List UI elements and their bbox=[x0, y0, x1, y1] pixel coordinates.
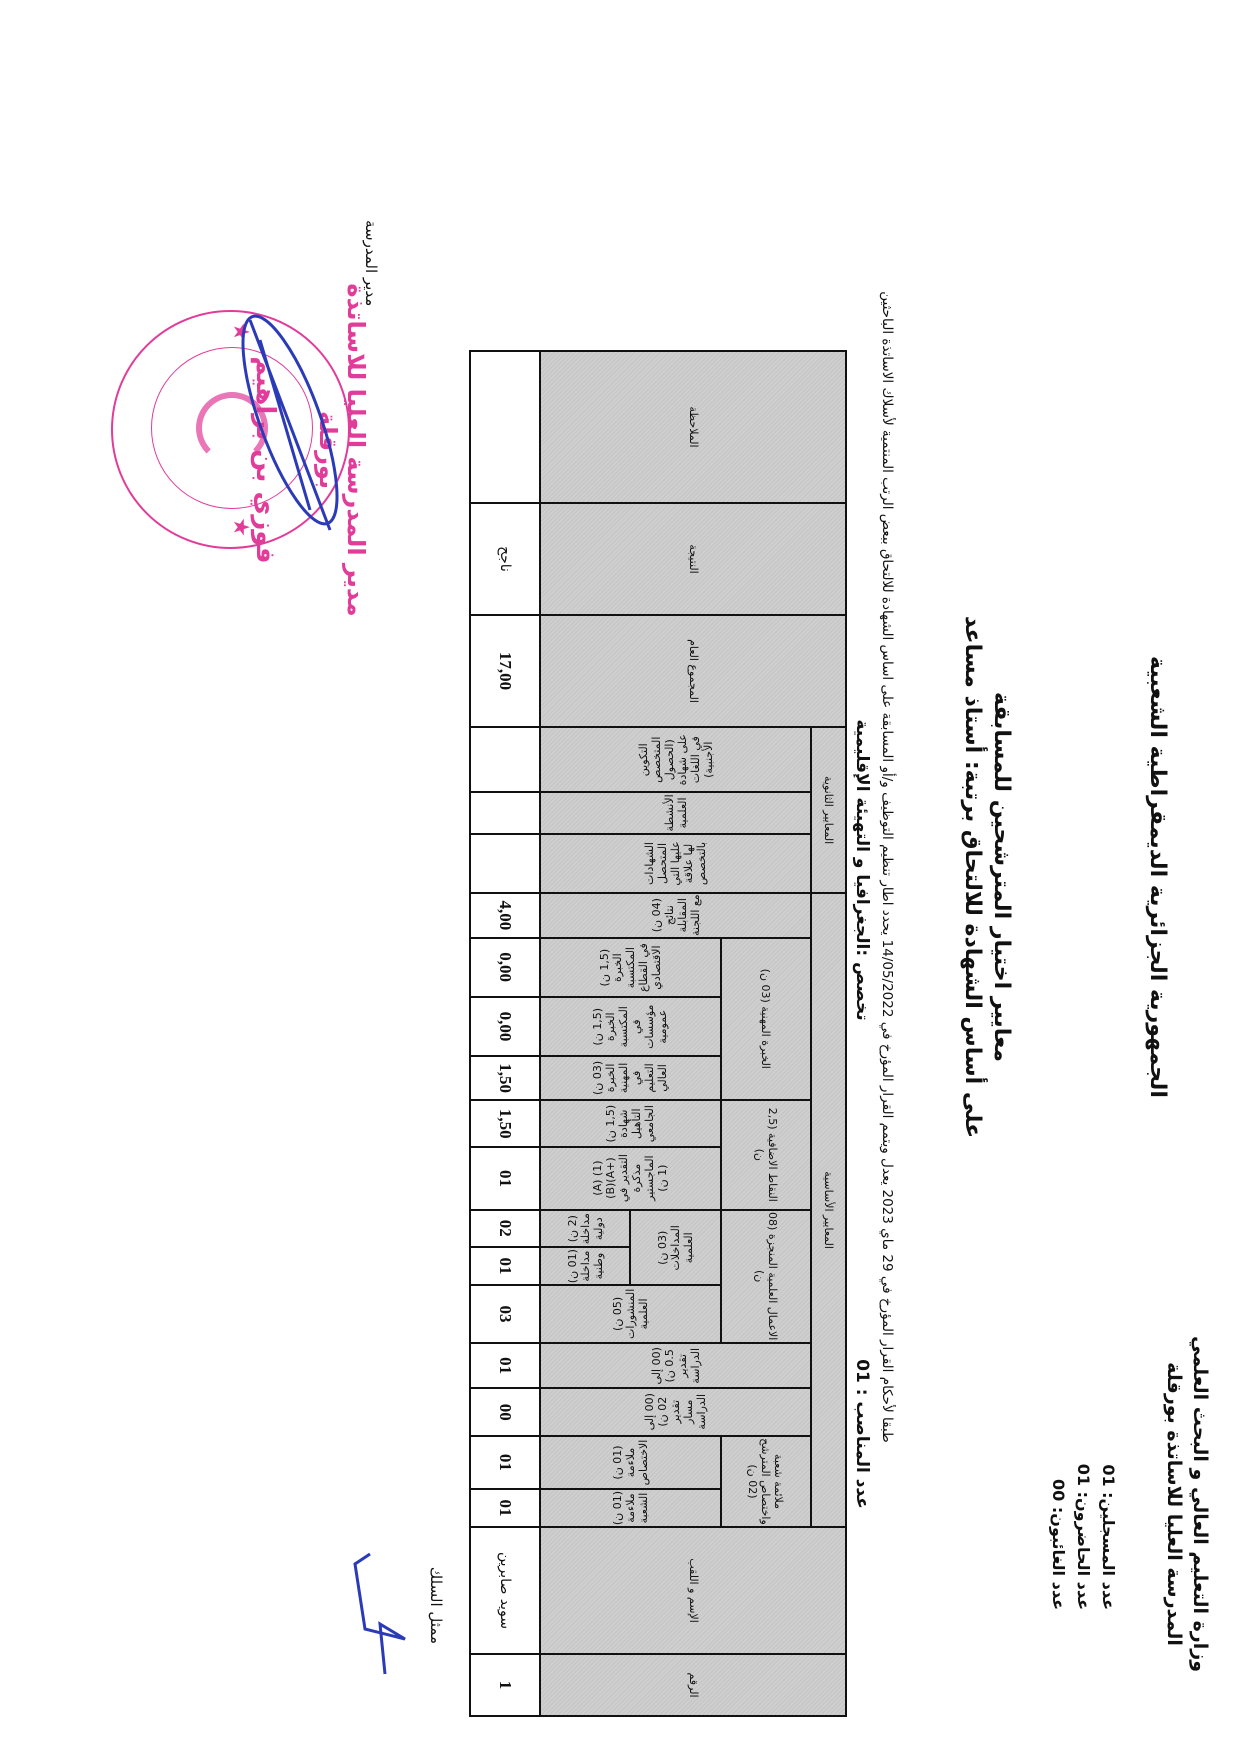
legal-reference: طبقا لأحكام القرار المؤرخ في 29 ماي 2023… bbox=[879, 180, 895, 1554]
group-extra-points: النقاط الاضافية (2,5 ن) bbox=[721, 1100, 811, 1210]
header-activities: الأنشطة العلمية bbox=[540, 792, 811, 834]
cell-magister-grade: 01 bbox=[470, 1147, 540, 1209]
group-secondary-criteria: المعايير الثانوية bbox=[811, 727, 846, 893]
header-branch: (01 ن) ملاءمة الشعبة bbox=[540, 1489, 720, 1527]
republic-title: الجمهورية الجزائرية الديمقراطية الشعبية bbox=[1145, 0, 1170, 1754]
table-row: 1 سويد صابرين 01 01 00 01 03 01 02 01 1,… bbox=[470, 351, 540, 1716]
director-signature-icon bbox=[220, 280, 360, 560]
cell-exp-economic: 0,00 bbox=[470, 938, 540, 997]
cell-training bbox=[470, 727, 540, 792]
cell-habilitation: 1,50 bbox=[470, 1100, 540, 1147]
group-branch-fit: ملائمة شعبة واختصاص المترشح (02 ن) bbox=[721, 1436, 811, 1527]
group-experience: الخبرة المهنية (03 ن) bbox=[721, 938, 811, 1101]
title-line-1: معايير اختيار المترشحين للمسابقة bbox=[986, 0, 1015, 1754]
absent-count: عدد الغائبون: 00 bbox=[1046, 1370, 1071, 1610]
header-certificates: الشهادات المتحصل عليها التي لها علاقة با… bbox=[540, 834, 811, 893]
cell-total: 17,00 bbox=[470, 615, 540, 727]
header-exp-higher-ed: (03 ن) الخبرة المهنية في التعليم العالي bbox=[540, 1056, 720, 1100]
cell-interview: 4,00 bbox=[470, 893, 540, 937]
cell-note bbox=[470, 351, 540, 503]
title-line-2: على أساس الشهادة للالتحاق برتبة: أستاذ م… bbox=[958, 0, 987, 1754]
corps-representative-signature-icon bbox=[345, 1544, 425, 1684]
header-study-path: (00 إلى 02 ن) تقدير مسار الدراسة bbox=[540, 1388, 811, 1435]
header-note: الملاحظة bbox=[540, 351, 846, 503]
registered-count: عدد المسجلين: 01 bbox=[1095, 1370, 1120, 1610]
cell-result: ناجح bbox=[470, 503, 540, 615]
cell-name: سويد صابرين bbox=[470, 1527, 540, 1654]
header-name: الإسم و اللقب bbox=[540, 1527, 846, 1654]
group-scientific-works: الاعمال العلمية المنجزة (08 ن) bbox=[721, 1210, 811, 1343]
present-count: عدد الحاضرون: 01 bbox=[1070, 1370, 1095, 1610]
cell-activities bbox=[470, 792, 540, 834]
header-interview: (04 ن) نتائج المقابلة مع اللجنة bbox=[540, 893, 811, 937]
ministry-name: وزارة التعليم العالي و البحث العلمي bbox=[1186, 1294, 1212, 1714]
cell-specialty: 01 bbox=[470, 1436, 540, 1489]
header-intl-conf: (2 ن) مداخلة دولية bbox=[540, 1210, 630, 1247]
specialty: تخصص :الجغرافيا و التهيئة الإقليمية bbox=[852, 560, 872, 1180]
cell-exp-public: 0,00 bbox=[470, 997, 540, 1056]
cell-certificates bbox=[470, 834, 540, 893]
header-exp-economic: (1,5 ن) الخبرة المكتسبة في القطاع الاقتص… bbox=[540, 938, 720, 997]
cell-publications: 03 bbox=[470, 1285, 540, 1343]
header-total: المجموع العام bbox=[540, 615, 846, 727]
header-specialty: (01 ن) ملاءمة الاختصاص bbox=[540, 1436, 720, 1489]
cell-number: 1 bbox=[470, 1654, 540, 1716]
attendance-counts: عدد المسجلين: 01 عدد الحاضرون: 01 عدد ال… bbox=[1046, 1370, 1120, 1610]
header-habilitation: (1,5 ن) شهادة التأهيل الجامعي bbox=[540, 1100, 720, 1147]
corps-representative-label: ممثل السلك bbox=[427, 1567, 445, 1644]
header-study-grade: (00 إلى 0.5 ن) تقدير الدراسة bbox=[540, 1343, 811, 1389]
page-title: معايير اختيار المترشحين للمسابقة على أسا… bbox=[958, 0, 1015, 1754]
scores-table: الرقم الإسم و اللقب المعايير الأساسية ال… bbox=[469, 350, 847, 1717]
cell-intl-conf: 02 bbox=[470, 1210, 540, 1247]
cell-exp-higher-ed: 1,50 bbox=[470, 1056, 540, 1100]
group-conferences: (03 ن) المداخلات العلمية bbox=[630, 1210, 720, 1286]
cell-branch: 01 bbox=[470, 1489, 540, 1527]
document-page: وزارة التعليم العالي و البحث العلمي المد… bbox=[0, 0, 1240, 1754]
header-exp-public: (1,5 ن) الخبرة المكتسبة في مؤسسات عمومية bbox=[540, 997, 720, 1056]
cell-study-grade: 01 bbox=[470, 1343, 540, 1389]
header-result: النتيجة bbox=[540, 503, 846, 615]
posts-count: عدد المناصب : 01 bbox=[852, 1294, 872, 1574]
header-magister-grade: (1) (A)(+A)(B) التقدير في مذكرة الماجستي… bbox=[540, 1147, 720, 1209]
cell-study-path: 00 bbox=[470, 1388, 540, 1435]
header-training: التكوين المتخصص (الحصول على شهادة في الل… bbox=[540, 727, 811, 792]
header-number: الرقم bbox=[540, 1654, 846, 1716]
header-publications: (05 ن) المنشورات العلمية bbox=[540, 1285, 720, 1343]
group-primary-criteria: المعايير الأساسية bbox=[811, 893, 846, 1527]
cell-national-conf: 01 bbox=[470, 1247, 540, 1285]
header-national-conf: (01 ن) مداخلة وطنية bbox=[540, 1247, 630, 1285]
